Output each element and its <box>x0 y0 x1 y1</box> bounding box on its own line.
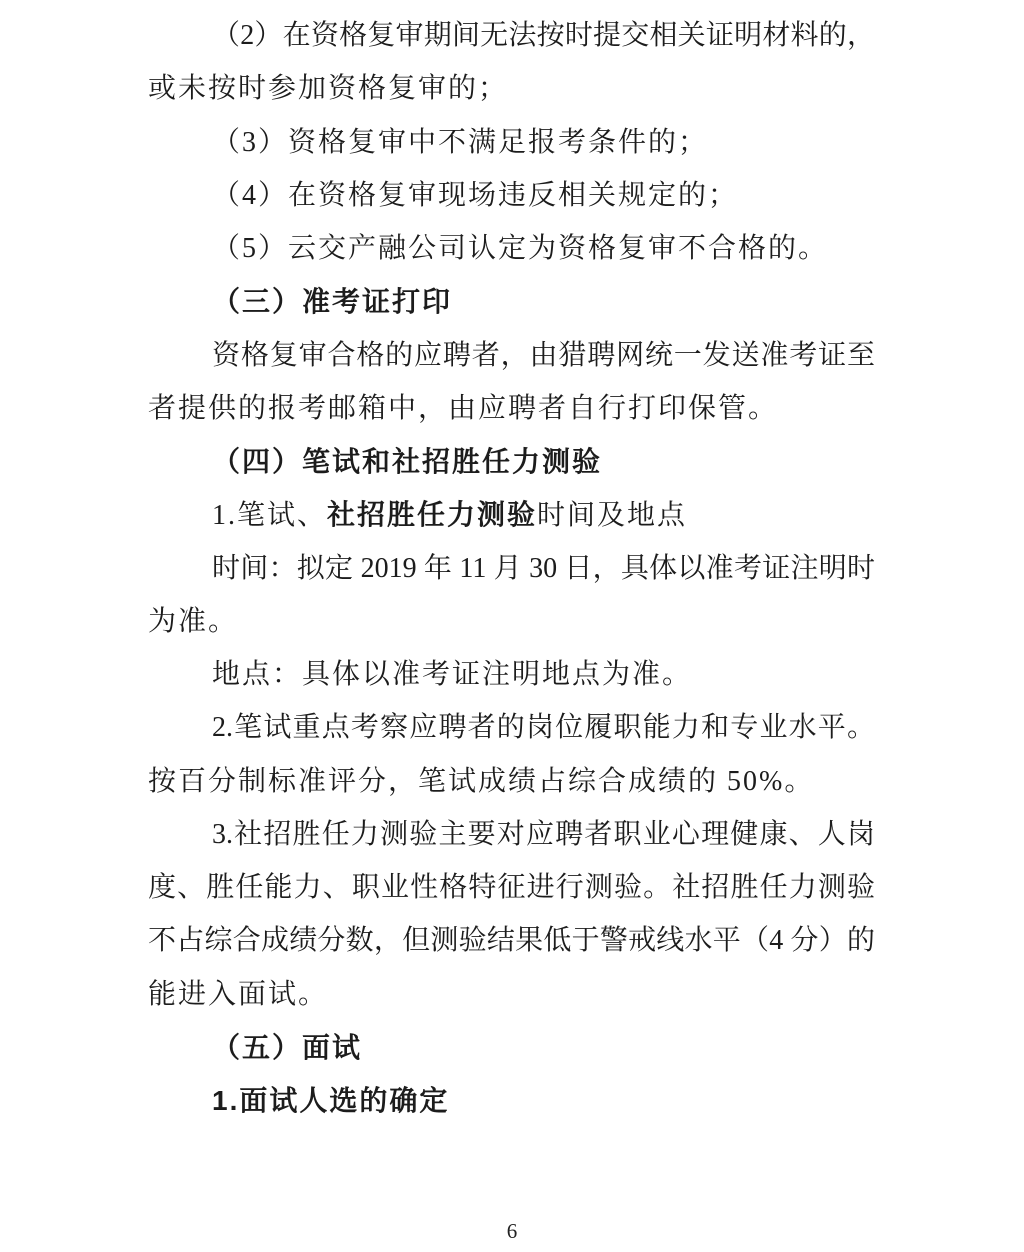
document-page: （2）在资格复审期间无法按时提交相关证明材料的，或未按时参加资格复审的；（3）资… <box>0 0 1024 1252</box>
text-line: 资格复审合格的应聘者，由猎聘网统一发送准考证至应聘 <box>148 329 875 382</box>
text-line: （2）在资格复审期间无法按时提交相关证明材料的， <box>148 9 875 62</box>
text-line: （四）笔试和社招胜任力测验 <box>148 435 875 488</box>
text-segment: 或未按时参加资格复审的； <box>148 73 508 104</box>
text-line: 1.面试人选的确定 <box>148 1074 875 1127</box>
text-segment: 度、胜任能力、职业性格特征进行测验。社招胜任力测验结果 <box>148 872 875 914</box>
text-line: 1.笔试、社招胜任力测验时间及地点 <box>148 488 875 541</box>
text-line: 能进入面试。 <box>148 968 875 1021</box>
text-segment: 地点：具体以准考证注明地点为准。 <box>212 659 692 690</box>
text-line: 2.笔试重点考察应聘者的岗位履职能力和专业水平。笔试 <box>148 701 875 754</box>
text-segment: 时间：拟定 2019 年 11 月 30 日，具体以准考证注明时间 <box>212 553 875 595</box>
text-segment: （2）在资格复审期间无法按时提交相关证明材料的， <box>212 20 875 51</box>
text-segment: 资格复审合格的应聘者，由猎聘网统一发送准考证至应聘 <box>212 340 875 382</box>
text-segment: （5）云交产融公司认定为资格复审不合格的。 <box>212 233 828 264</box>
document-body: （2）在资格复审期间无法按时提交相关证明材料的，或未按时参加资格复审的；（3）资… <box>148 9 875 1127</box>
text-segment-bold: 社招胜任力测验 <box>327 499 537 530</box>
text-line: （4）在资格复审现场违反相关规定的； <box>148 169 875 222</box>
text-line: 者提供的报考邮箱中，由应聘者自行打印保管。 <box>148 382 875 435</box>
text-segment: 能进入面试。 <box>148 979 328 1010</box>
text-segment: （3）资格复审中不满足报考条件的； <box>212 127 708 158</box>
text-segment: 2.笔试重点考察应聘者的岗位履职能力和专业水平。笔试 <box>212 712 875 754</box>
text-segment-bold: （三）准考证打印 <box>212 286 452 317</box>
text-segment: 不占综合成绩分数，但测验结果低于警戒线水平（4 分）的不 <box>148 925 875 967</box>
text-line: （3）资格复审中不满足报考条件的； <box>148 116 875 169</box>
text-line: （5）云交产融公司认定为资格复审不合格的。 <box>148 222 875 275</box>
text-segment: 为准。 <box>148 606 238 637</box>
text-line: 时间：拟定 2019 年 11 月 30 日，具体以准考证注明时间 <box>148 542 875 595</box>
page-number: 6 <box>0 1216 1024 1246</box>
text-segment: 3.社招胜任力测验主要对应聘者职业心理健康、人岗匹配 <box>212 819 875 861</box>
text-segment-bold: （五）面试 <box>212 1032 362 1063</box>
text-line: 度、胜任能力、职业性格特征进行测验。社招胜任力测验结果 <box>148 861 875 914</box>
text-segment: （4）在资格复审现场违反相关规定的； <box>212 180 738 211</box>
text-line: 为准。 <box>148 595 875 648</box>
text-line: （三）准考证打印 <box>148 275 875 328</box>
text-line: （五）面试 <box>148 1021 875 1074</box>
text-segment-bold: （四）笔试和社招胜任力测验 <box>212 446 602 477</box>
text-segment-bold: 1.面试人选的确定 <box>212 1085 449 1116</box>
text-line: 不占综合成绩分数，但测验结果低于警戒线水平（4 分）的不 <box>148 914 875 967</box>
text-segment: 时间及地点 <box>537 500 687 531</box>
text-line: 或未按时参加资格复审的； <box>148 62 875 115</box>
text-segment: 者提供的报考邮箱中，由应聘者自行打印保管。 <box>148 393 778 424</box>
text-segment: 按百分制标准评分，笔试成绩占综合成绩的 50%。 <box>148 766 814 797</box>
text-segment: 1.笔试、 <box>212 500 327 531</box>
text-line: 按百分制标准评分，笔试成绩占综合成绩的 50%。 <box>148 755 875 808</box>
text-line: 3.社招胜任力测验主要对应聘者职业心理健康、人岗匹配 <box>148 808 875 861</box>
text-line: 地点：具体以准考证注明地点为准。 <box>148 648 875 701</box>
